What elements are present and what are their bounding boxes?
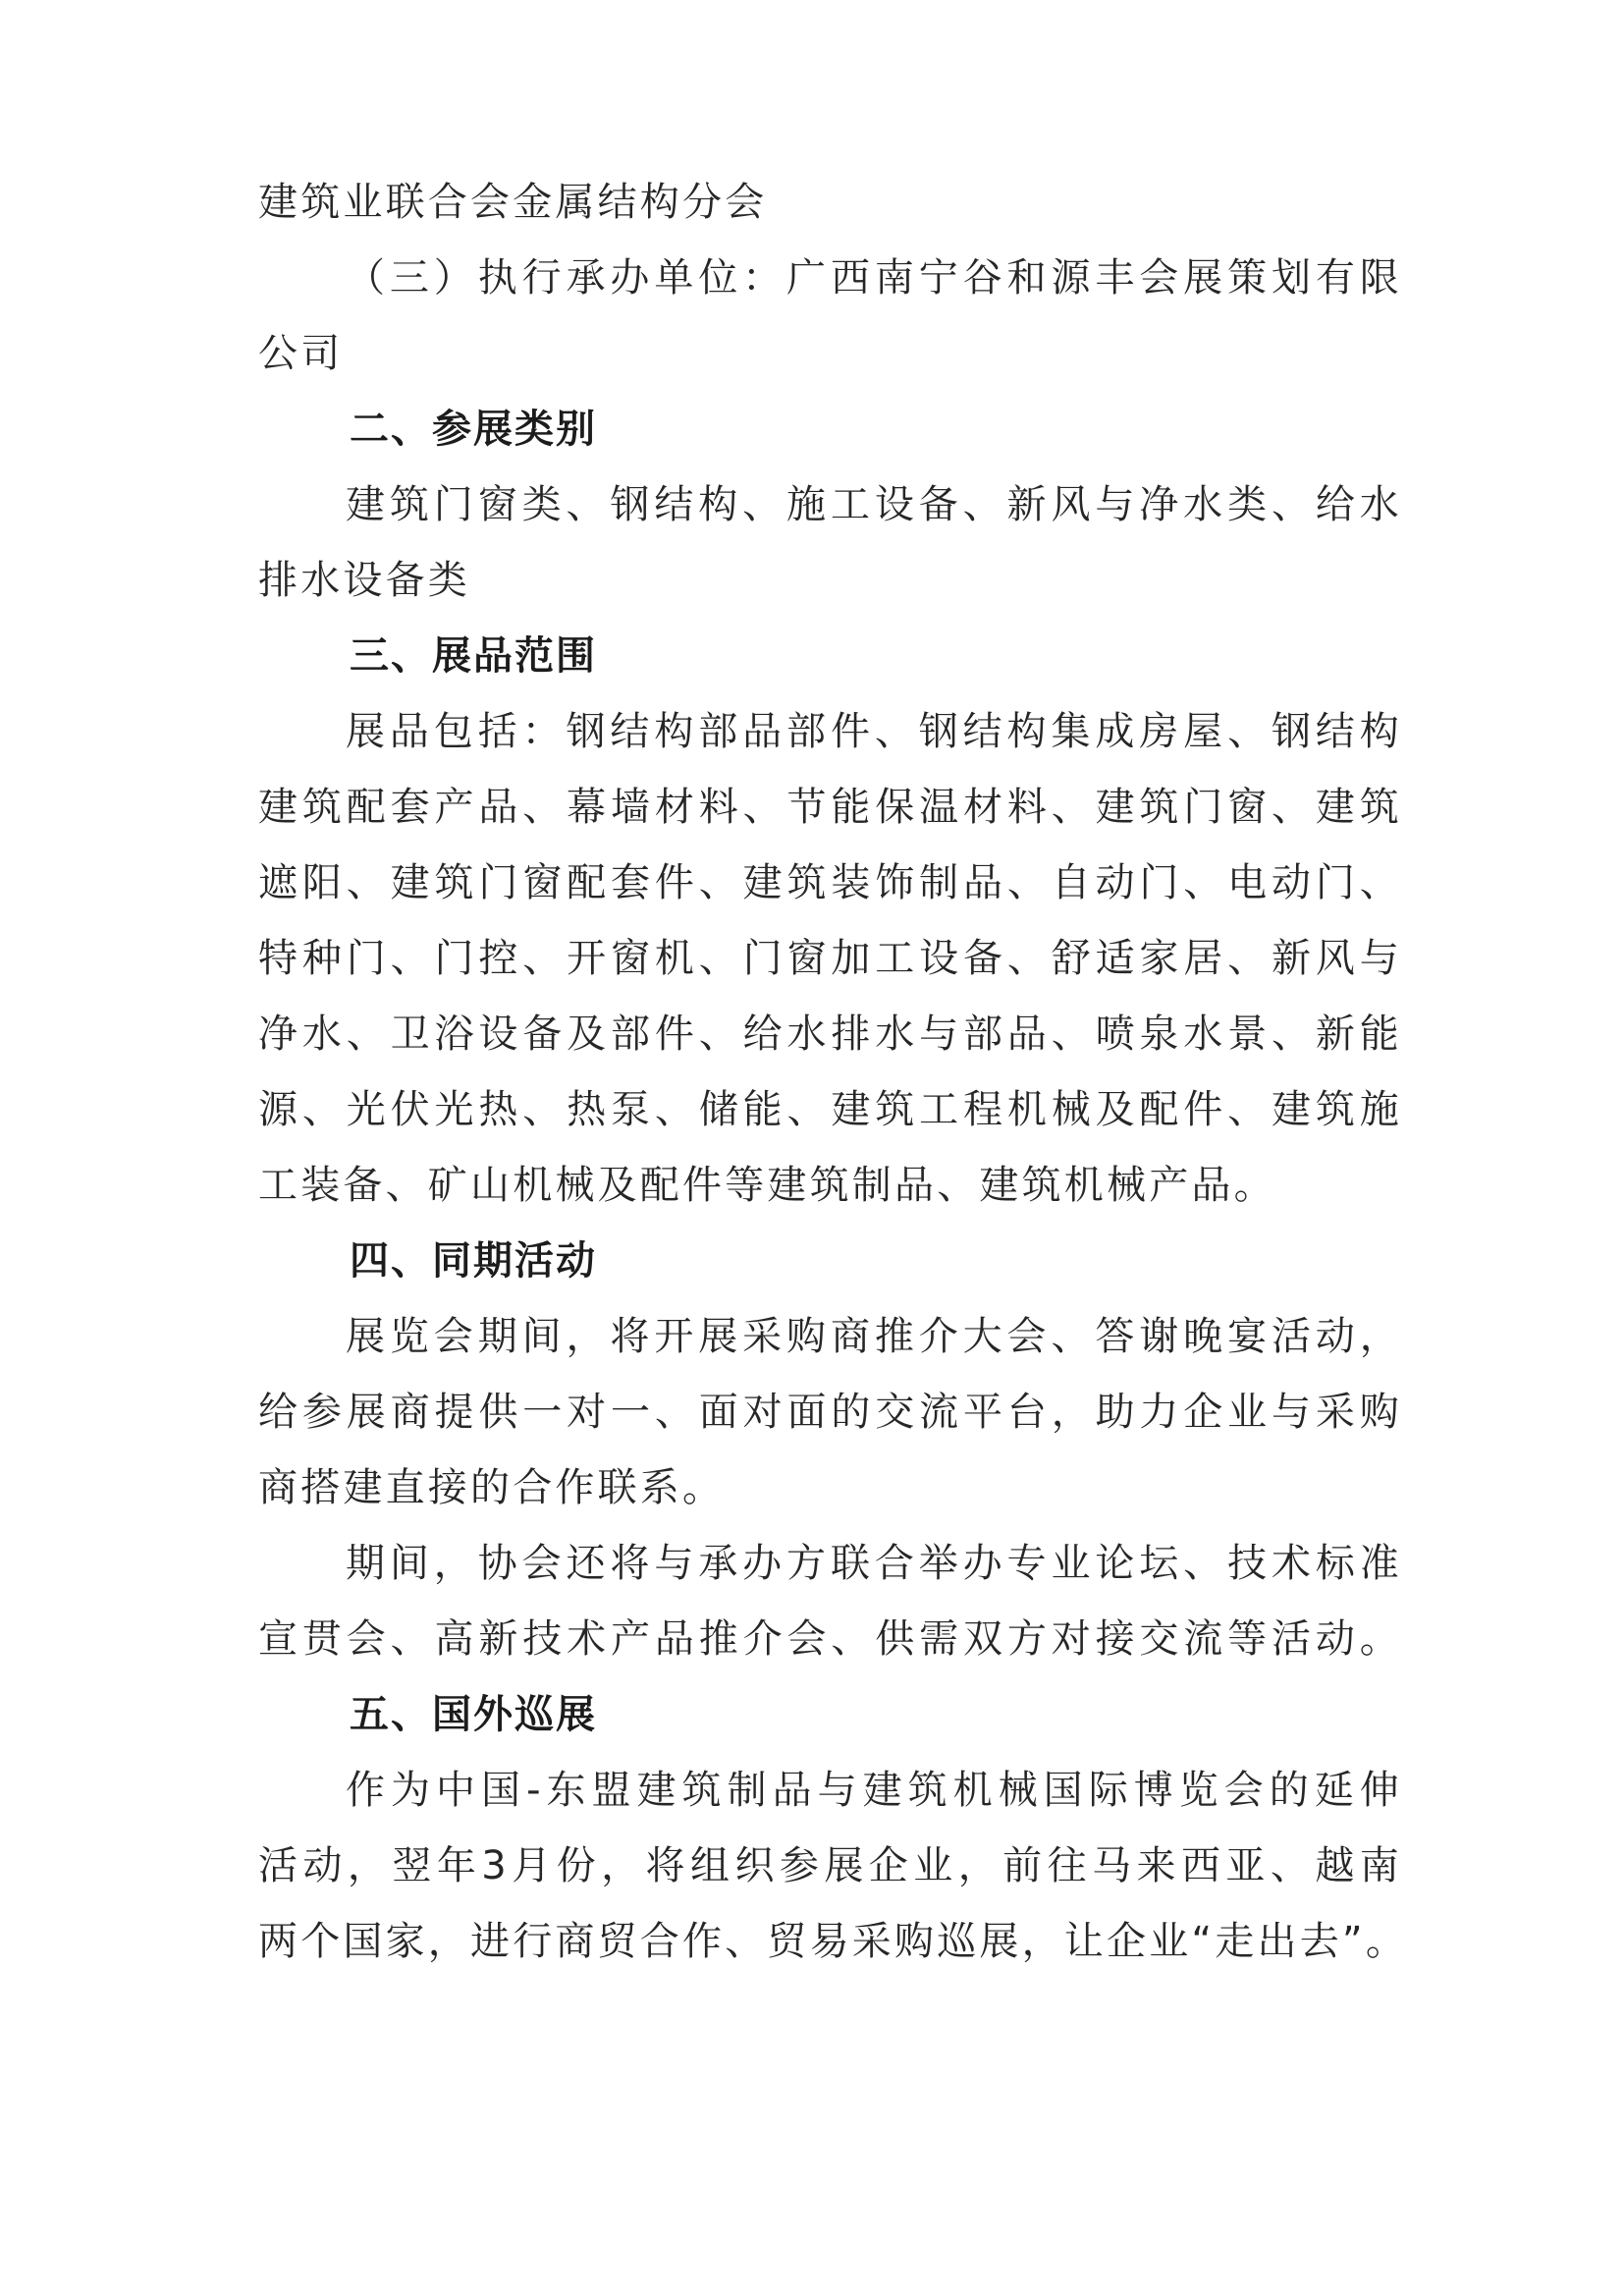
paragraph-line: 排水设备类 (258, 553, 1402, 608)
section-heading: 五、国外巡展 (350, 1687, 1493, 1742)
paragraph-line: 建筑业联合会金属结构分会 (258, 175, 1402, 230)
paragraph-line: 作为中国-东盟建筑制品与建筑机械国际博览会的延伸 (346, 1763, 1402, 1818)
paragraph-line: 建筑门窗类、钢结构、施工设备、新风与净水类、给水 (346, 477, 1402, 532)
section-heading: 四、同期活动 (350, 1233, 1493, 1288)
paragraph-line: 期间，协会还将与承办方联合举办专业论坛、技术标准 (346, 1536, 1402, 1591)
document-page: 建筑业联合会金属结构分会（三）执行承办单位：广西南宁谷和源丰会展策划有限公司二、… (0, 0, 1624, 2296)
paragraph-line: 建筑配套产品、幕墙材料、节能保温材料、建筑门窗、建筑 (258, 780, 1402, 835)
paragraph-line: 活动，翌年3月份，将组织参展企业，前往马来西亚、越南 (258, 1838, 1402, 1893)
paragraph-line: 特种门、门控、开窗机、门窗加工设备、舒适家居、新风与 (258, 931, 1402, 986)
paragraph-line: 源、光伏光热、热泵、储能、建筑工程机械及配件、建筑施 (258, 1082, 1402, 1137)
paragraph-line: 展览会期间，将开展采购商推介大会、答谢晚宴活动， (346, 1309, 1402, 1364)
paragraph-line: 净水、卫浴设备及部件、给水排水与部品、喷泉水景、新能 (258, 1007, 1402, 1062)
paragraph-line: 两个国家，进行商贸合作、贸易采购巡展，让企业“走出去”。 (258, 1914, 1402, 1969)
section-heading: 二、参展类别 (350, 402, 1493, 457)
paragraph-line: （三）执行承办单位：广西南宁谷和源丰会展策划有限 (346, 250, 1402, 305)
paragraph-line: 展品包括：钢结构部品部件、钢结构集成房屋、钢结构 (346, 704, 1402, 759)
paragraph-line: 商搭建直接的合作联系。 (258, 1460, 1402, 1515)
paragraph-line: 工装备、矿山机械及配件等建筑制品、建筑机械产品。 (258, 1158, 1402, 1213)
paragraph-line: 公司 (258, 326, 1402, 381)
paragraph-line: 宣贯会、高新技术产品推介会、供需双方对接交流等活动。 (258, 1612, 1402, 1667)
section-heading: 三、展品范围 (350, 629, 1493, 683)
paragraph-line: 遮阳、建筑门窗配套件、建筑装饰制品、自动门、电动门、 (258, 855, 1402, 910)
paragraph-line: 给参展商提供一对一、面对面的交流平台，助力企业与采购 (258, 1385, 1402, 1440)
